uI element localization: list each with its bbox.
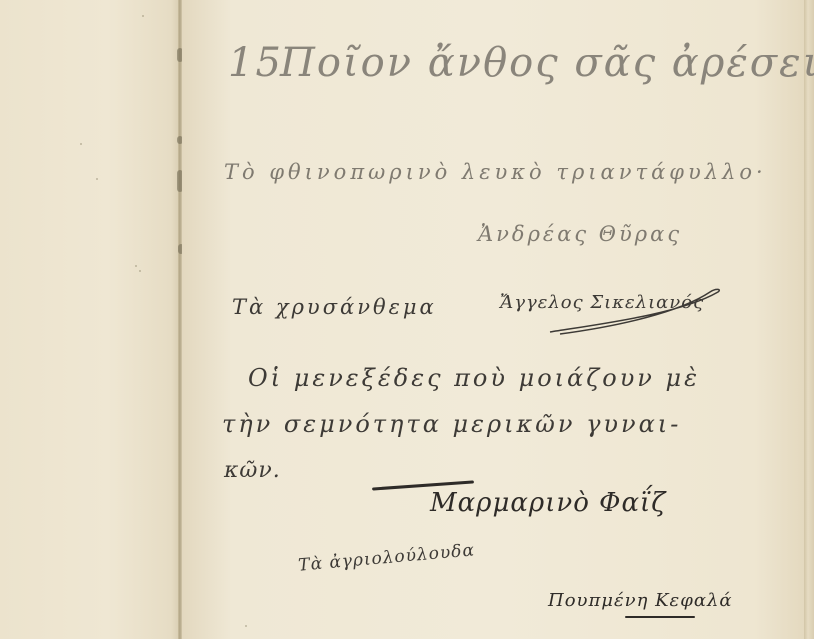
- answer-1-text: Τὸ φθινοπωρινὸ λευκὸ τριαντάφυλλο·: [224, 160, 767, 184]
- answer-3-line-3: κῶν.: [224, 458, 281, 483]
- signature-flourish: [540, 284, 730, 344]
- paper-speck: [96, 178, 98, 180]
- answer-2-text: Τὰ χρυσάνθεμα: [232, 295, 437, 319]
- answer-3-line-1: Οἱ μενεξέδες ποὺ μοιάζουν μὲ: [248, 364, 700, 392]
- paper-speck: [135, 265, 137, 267]
- question-text: Ποῖον ἄνθος σᾶς ἀρέσει;: [280, 40, 814, 86]
- paper-speck: [245, 625, 247, 627]
- answer-3-line-2: τὴν σεμνότητα μερικῶν γυναι-: [222, 410, 681, 438]
- answer-1-signature: Ἀνδρέας Θῦρας: [478, 222, 682, 246]
- left-page: [0, 0, 180, 639]
- signature-underline: [625, 616, 695, 618]
- paper-speck: [139, 270, 141, 272]
- answer-3-signature: Μαρμαρινὸ Φαΐζ: [430, 488, 666, 518]
- paper-speck: [142, 15, 144, 17]
- answer-4-signature: Πουπμένη Κεφαλά: [548, 590, 733, 611]
- question-number: 15: [228, 40, 283, 86]
- paper-speck: [80, 143, 82, 145]
- page-edge: [804, 0, 814, 639]
